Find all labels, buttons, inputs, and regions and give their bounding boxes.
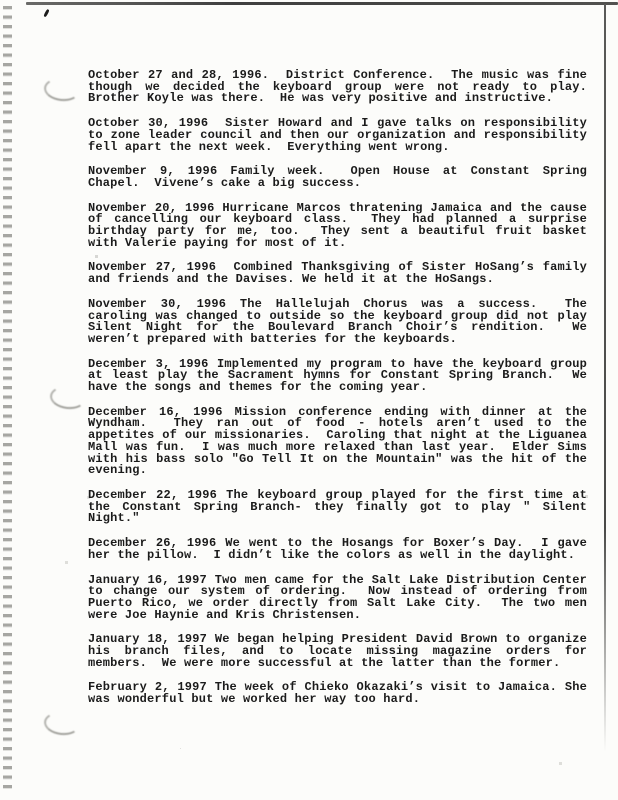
journal-entry-1996-11-09: November 9, 1996 Family week. Open House… [88, 166, 587, 189]
scan-specks [0, 0, 1, 1]
journal-entry-1996-11-27: November 27, 1996 Combined Thanksgiving … [88, 262, 587, 285]
scan-right-edge-line [604, 4, 606, 752]
document-page: October 27 and 28, 1996. District Confer… [0, 0, 618, 800]
binder-hole-shadow-middle [49, 384, 87, 411]
journal-entry-1996-11-30: November 30, 1996 The Hallelujah Chorus … [88, 299, 587, 346]
journal-entry-1996-12-03: December 3, 1996 Implemented my program … [88, 359, 587, 394]
journal-entry-1996-11-20: November 20, 1996 Hurricane Marcos thrat… [88, 203, 587, 250]
binder-hole-shadow-bottom [43, 710, 81, 737]
journal-entry-1996-12-26: December 26, 1996 We went to the Hosangs… [88, 538, 587, 561]
spiral-perforation-strip [3, 6, 12, 794]
journal-entry-1997-01-16: January 16, 1997 Two men came for the Sa… [88, 575, 587, 622]
journal-text-block: October 27 and 28, 1996. District Confer… [88, 70, 587, 719]
stray-pen-mark [43, 9, 49, 17]
journal-entry-1996-10-30: October 30, 1996 Sister Howard and I gav… [88, 118, 587, 153]
journal-entry-1997-01-18: January 18, 1997 We began helping Presid… [88, 634, 587, 669]
scan-top-edge-line [26, 2, 618, 5]
journal-entry-1996-12-22: December 22, 1996 The keyboard group pla… [88, 490, 587, 525]
journal-entry-1996-12-16: December 16, 1996 Mission conference end… [88, 407, 587, 477]
journal-entry-1997-02-02: February 2, 1997 The week of Chieko Okaz… [88, 682, 587, 705]
binder-hole-shadow-top [43, 76, 81, 103]
journal-entry-1996-10-27: October 27 and 28, 1996. District Confer… [88, 70, 587, 105]
